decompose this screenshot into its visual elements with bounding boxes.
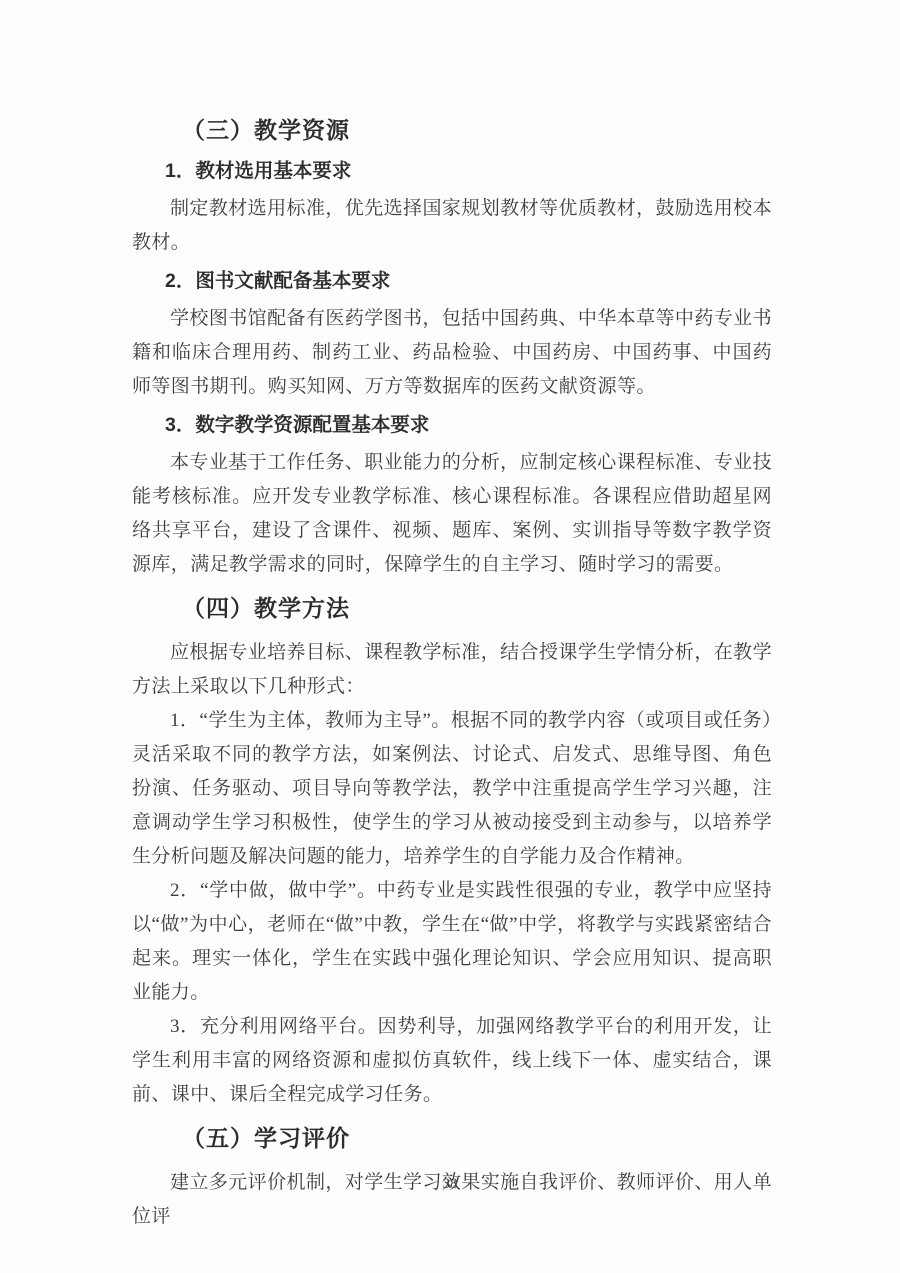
paragraph: 本专业基于工作任务、职业能力的分析，应制定核心课程标准、专业技能考核标准。应开发…	[132, 446, 772, 582]
paragraph: 应根据专业培养目标、课程教学标准，结合授课学生学情分析，在教学方法上采取以下几种…	[132, 636, 772, 704]
document-content: （三）教学资源 1．教材选用基本要求 制定教材选用标准，优先选择国家规划教材等优…	[0, 0, 900, 1234]
document-page: （三）教学资源 1．教材选用基本要求 制定教材选用标准，优先选择国家规划教材等优…	[0, 0, 900, 1273]
subsection-heading-digital-resources: 3．数字教学资源配置基本要求	[132, 412, 772, 438]
subsection-heading-textbook-selection: 1．教材选用基本要求	[132, 158, 772, 184]
paragraph-method-2: 2．“学中做，做中学”。中药专业是实践性很强的专业，教学中应坚持以“做”为中心，…	[132, 874, 772, 1010]
section-heading-learning-evaluation: （五）学习评价	[132, 1122, 772, 1154]
paragraph: 学校图书馆配备有医药学图书，包括中国药典、中华本草等中药专业书籍和临床合理用药、…	[132, 302, 772, 404]
subsection-heading-library-literature: 2．图书文献配备基本要求	[132, 268, 772, 294]
paragraph-method-3: 3．充分利用网络平台。因势利导，加强网络教学平台的利用开发，让学生利用丰富的网络…	[132, 1010, 772, 1112]
section-heading-teaching-methods: （四）教学方法	[132, 592, 772, 624]
paragraph: 制定教材选用标准，优先选择国家规划教材等优质教材，鼓励选用校本教材。	[132, 192, 772, 260]
paragraph-method-1: 1．“学生为主体，教师为主导”。根据不同的教学内容（或项目或任务）灵活采取不同的…	[132, 704, 772, 874]
section-heading-teaching-resources: （三）教学资源	[132, 114, 772, 146]
page-number: 38	[0, 1176, 900, 1193]
